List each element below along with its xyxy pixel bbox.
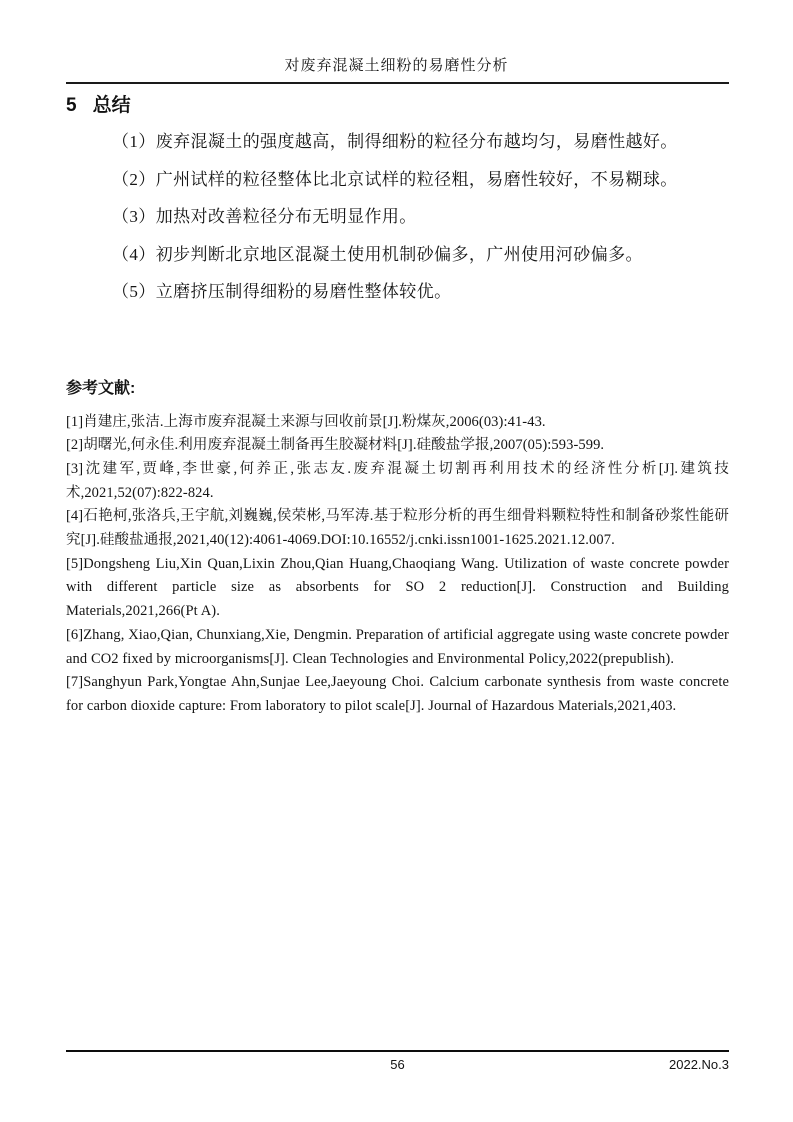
- footer-rule: [66, 1050, 729, 1052]
- section-heading: 5总结: [66, 93, 729, 119]
- issue-label: 2022.No.3: [669, 1056, 729, 1073]
- conclusion-item-3: （3）加热对改善粒径分布无明显作用。: [66, 208, 729, 226]
- reference-item-5: [5]Dongsheng Liu,Xin Quan,Lixin Zhou,Qia…: [66, 553, 729, 624]
- conclusion-item-5: （5）立磨挤压制得细粉的易磨性整体较优。: [66, 283, 729, 301]
- conclusions-list: （1）废弃混凝土的强度越高，制得细粉的粒径分布越均匀，易磨性越好。 （2）广州试…: [66, 133, 729, 301]
- page-footer: 56 2022.No.3: [66, 1050, 729, 1073]
- references-heading: 参考文献:: [66, 379, 729, 399]
- conclusion-item-4: （4）初步判断北京地区混凝土使用机制砂偏多，广州使用河砂偏多。: [66, 246, 729, 264]
- footer-row: 56 2022.No.3: [66, 1056, 729, 1073]
- document-page: 对废弃混凝土细粉的易磨性分析 5总结 （1）废弃混凝土的强度越高，制得细粉的粒径…: [0, 0, 793, 1122]
- section-title: 总结: [93, 95, 131, 116]
- conclusion-item-1: （1）废弃混凝土的强度越高，制得细粉的粒径分布越均匀，易磨性越好。: [66, 133, 729, 151]
- reference-item-6: [6]Zhang, Xiao,Qian, Chunxiang,Xie, Deng…: [66, 624, 729, 671]
- reference-item-4: [4]石艳柯,张洛兵,王宇航,刘巍巍,侯荣彬,马军涛.基于粒形分析的再生细骨料颗…: [66, 505, 729, 552]
- reference-item-3: [3]沈建军,贾峰,李世豪,何养正,张志友.废弃混凝土切割再利用技术的经济性分析…: [66, 458, 729, 505]
- page-number: 56: [390, 1056, 404, 1073]
- conclusion-item-2: （2）广州试样的粒径整体比北京试样的粒径粗，易磨性较好，不易糊球。: [66, 171, 729, 189]
- reference-item-7: [7]Sanghyun Park,Yongtae Ahn,Sunjae Lee,…: [66, 671, 729, 718]
- running-head-title: 对废弃混凝土细粉的易磨性分析: [0, 0, 793, 76]
- references-list: [1]肖建庄,张洁.上海市废弃混凝土来源与回收前景[J].粉煤灰,2006(03…: [66, 411, 729, 719]
- reference-item-1: [1]肖建庄,张洁.上海市废弃混凝土来源与回收前景[J].粉煤灰,2006(03…: [66, 411, 729, 435]
- reference-item-2: [2]胡曙光,何永佳.利用废弃混凝土制备再生胶凝材料[J].硅酸盐学报,2007…: [66, 434, 729, 458]
- section-number: 5: [66, 95, 77, 116]
- header-rule: [66, 82, 729, 84]
